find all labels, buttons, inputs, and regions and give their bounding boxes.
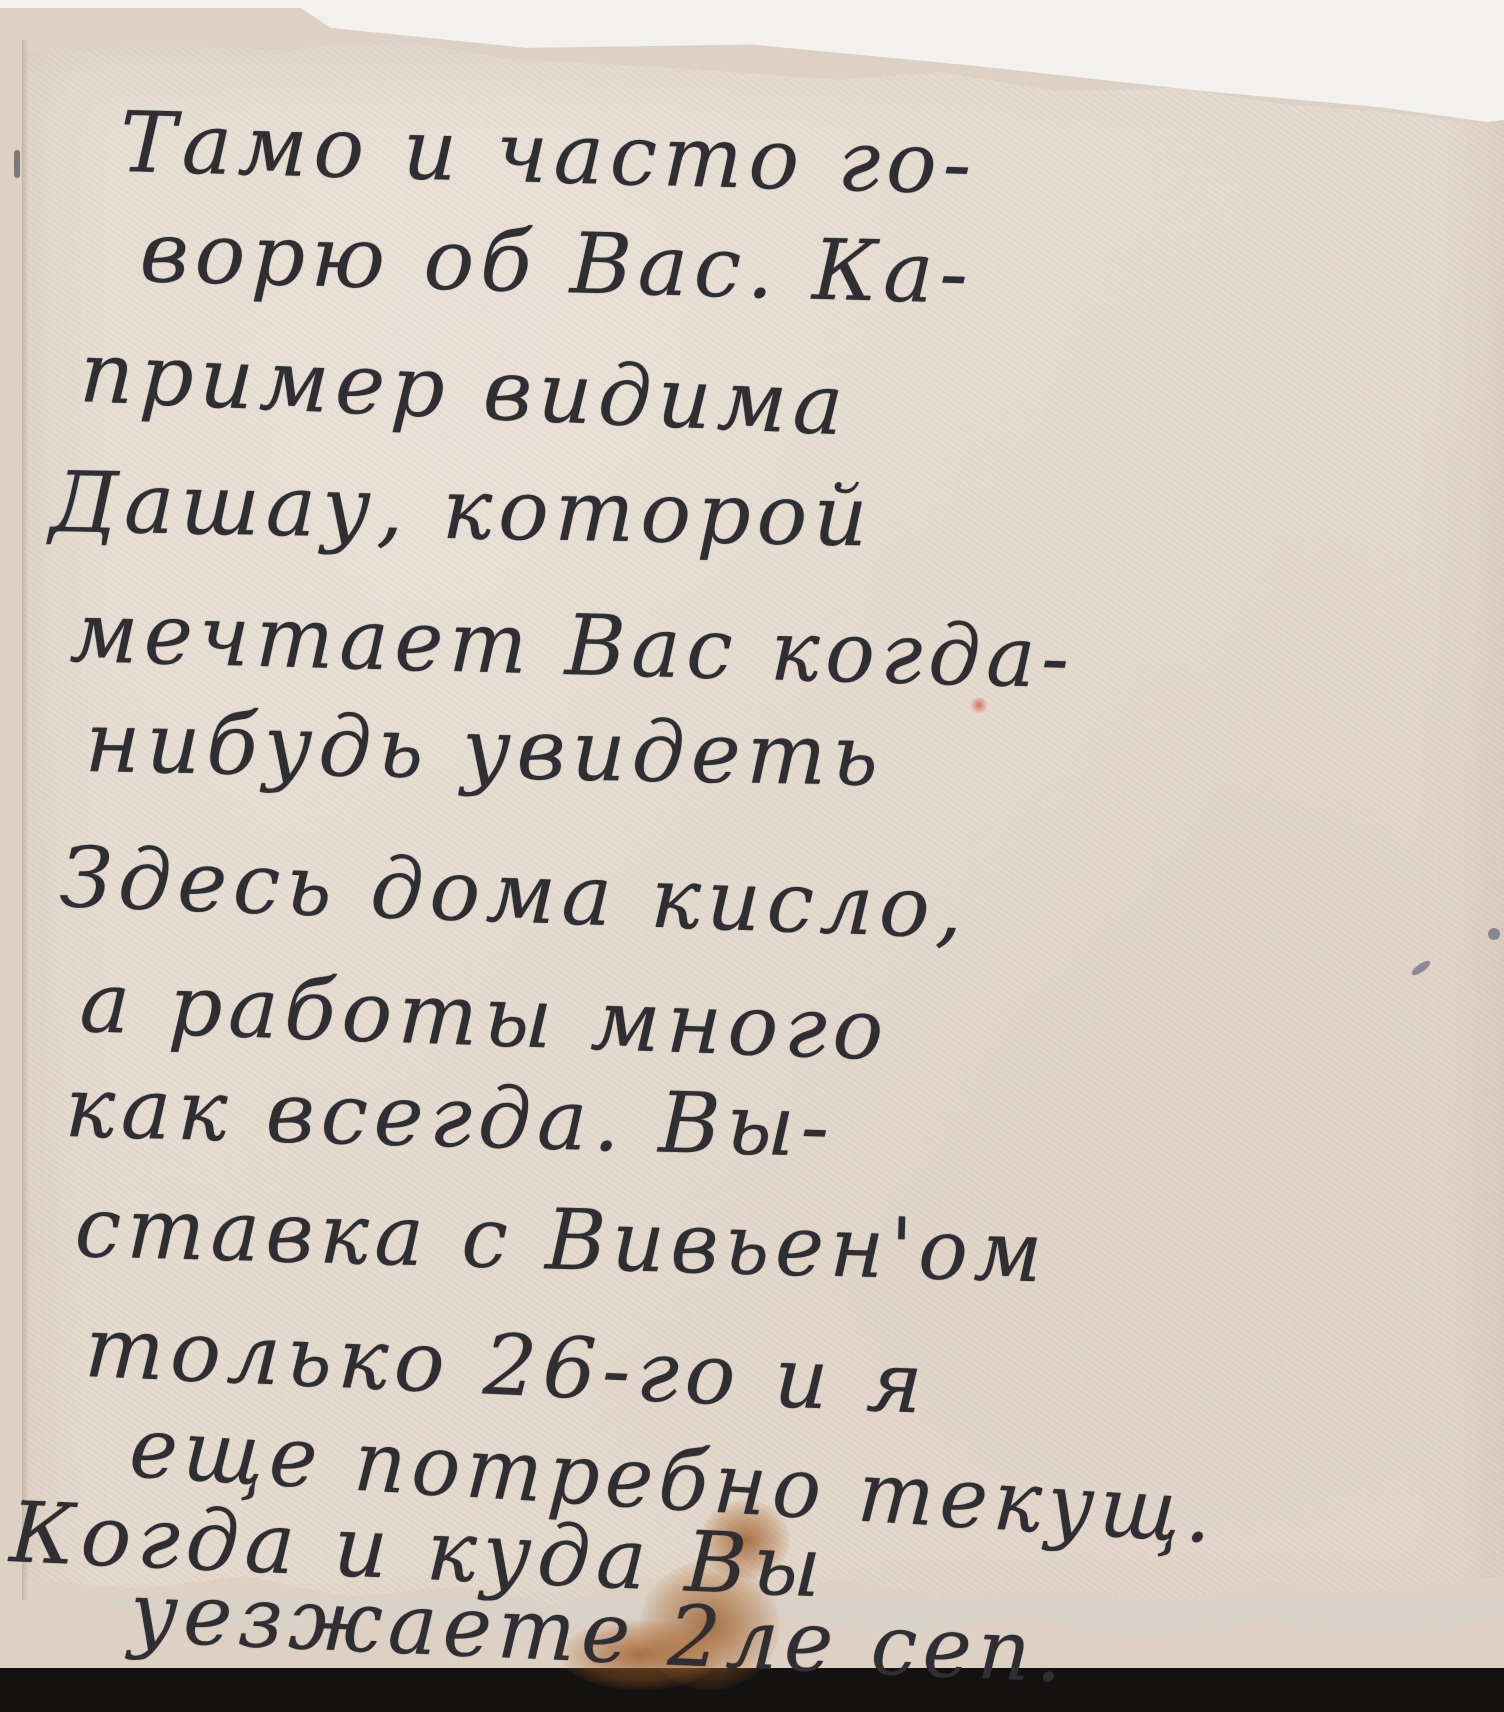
handwritten-line: ворю об Вас. Ка- xyxy=(139,210,975,316)
handwritten-line: Дашау, которой xyxy=(49,460,874,558)
handwritten-line: как всегда. Вы- xyxy=(64,1065,836,1169)
handwritten-line: Тамо и часто го- xyxy=(119,100,978,206)
graphite-smudge xyxy=(1488,928,1500,940)
margin-pencil-mark xyxy=(14,150,20,178)
handwritten-line: мечтает Вас когда- xyxy=(69,590,1076,700)
handwritten-line: нибудь увидеть xyxy=(84,700,885,798)
paper-fold-edge xyxy=(22,40,28,1600)
handwritten-line: ставка с Вивьен'ом xyxy=(74,1185,1049,1294)
